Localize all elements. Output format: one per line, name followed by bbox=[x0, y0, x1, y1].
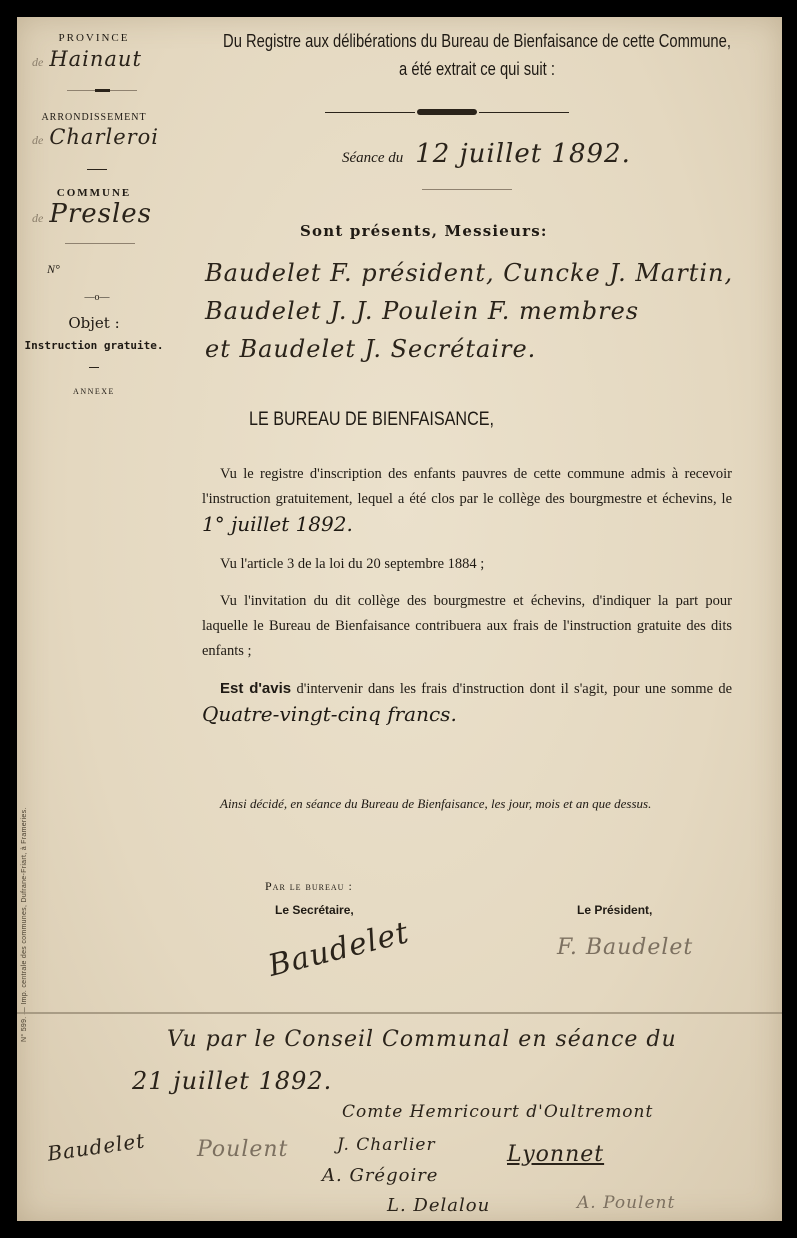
council-signature: L. Delalou bbox=[387, 1195, 490, 1216]
presents-line-3: et Baudelet J. Secrétaire. bbox=[205, 335, 536, 363]
seance-line: Séance du 12 juillet 1892. bbox=[342, 139, 631, 169]
council-line-1: Vu par le Conseil Communal en séance du bbox=[167, 1027, 677, 1052]
commune-field: dePresles bbox=[32, 199, 152, 229]
secretaire-signature: Baudelet bbox=[265, 915, 413, 984]
fold-line bbox=[17, 1012, 782, 1014]
presents-line-1: Baudelet F. président, Cuncke J. Martin, bbox=[205, 259, 733, 287]
closing-date: 1° juillet 1892. bbox=[202, 512, 353, 536]
council-signature: A. Poulent bbox=[577, 1193, 675, 1213]
divider bbox=[65, 243, 135, 244]
objet-value: Instruction gratuite. bbox=[19, 339, 169, 352]
number-separator: —o— bbox=[77, 292, 117, 303]
paragraph-invitation: Vu l'invitation du dit collège des bourg… bbox=[202, 589, 732, 664]
printer-imprint: N° 599. — Imp. centrale des communes, Du… bbox=[21, 722, 28, 1042]
president-signature: F. Baudelet bbox=[557, 935, 693, 960]
province-field: deHainaut bbox=[32, 47, 142, 71]
council-line-2: 21 juillet 1892. bbox=[132, 1067, 332, 1095]
secretaire-label: Le Secrétaire, bbox=[275, 903, 354, 917]
number-label: N° bbox=[47, 262, 60, 277]
header-line-1: Du Registre aux délibérations du Bureau … bbox=[223, 31, 731, 52]
amount: Quatre-vingt-cinq francs. bbox=[202, 702, 457, 726]
council-signature: Poulent bbox=[197, 1137, 288, 1162]
avis-lead: Est d'avis bbox=[220, 680, 291, 697]
body-title: LE BUREAU DE BIENFAISANCE, bbox=[249, 409, 494, 431]
arrondissement-label: ARRONDISSEMENT bbox=[19, 112, 169, 123]
commune-label: COMMUNE bbox=[19, 187, 169, 199]
avis-text: d'intervenir dans les frais d'instructio… bbox=[296, 681, 732, 697]
body-paragraphs: Vu le registre d'inscription des enfants… bbox=[202, 462, 732, 742]
header-ornament bbox=[317, 109, 577, 115]
seance-label: Séance du bbox=[342, 150, 403, 166]
presents-label: Sont présents, Messieurs: bbox=[300, 222, 548, 240]
document-page: PROVINCE deHainaut ARRONDISSEMENT deChar… bbox=[17, 17, 782, 1221]
province-label: PROVINCE bbox=[19, 32, 169, 44]
seance-date: 12 juillet 1892. bbox=[415, 139, 631, 169]
arrondissement-prefix: de bbox=[32, 133, 43, 147]
divider bbox=[422, 189, 512, 190]
arrondissement-value: Charleroi bbox=[49, 125, 159, 149]
commune-prefix: de bbox=[32, 211, 43, 225]
paragraph-avis: Est d'avis d'intervenir dans les frais d… bbox=[202, 676, 732, 730]
province-prefix: de bbox=[32, 55, 43, 69]
province-value: Hainaut bbox=[49, 47, 142, 71]
closing-statement: Ainsi décidé, en séance du Bureau de Bie… bbox=[202, 792, 732, 816]
divider-mark bbox=[95, 89, 110, 92]
council-signature: Comte Hemricourt d'Oultremont bbox=[342, 1102, 653, 1122]
annexe-label: ANNEXE bbox=[19, 387, 169, 396]
council-signature: Baudelet bbox=[46, 1128, 147, 1165]
presents-line-2: Baudelet J. J. Poulein F. membres bbox=[205, 297, 639, 325]
header-line-2: a été extrait ce qui suit : bbox=[223, 59, 731, 80]
par-le-bureau: Par le bureau : bbox=[265, 879, 353, 894]
paragraph-article: Vu l'article 3 de la loi du 20 septembre… bbox=[202, 552, 732, 577]
commune-value: Presles bbox=[49, 199, 152, 229]
council-signature: A. Grégoire bbox=[322, 1165, 438, 1186]
council-signature: J. Charlier bbox=[337, 1135, 436, 1155]
president-label: Le Président, bbox=[577, 903, 652, 917]
divider bbox=[89, 367, 99, 368]
objet-label: Objet : bbox=[19, 314, 169, 332]
council-signature: Lyonnet bbox=[507, 1142, 604, 1167]
paragraph-registre: Vu le registre d'inscription des enfants… bbox=[202, 462, 732, 540]
divider bbox=[87, 169, 107, 170]
arrondissement-field: deCharleroi bbox=[32, 125, 159, 149]
paragraph-text: Vu le registre d'inscription des enfants… bbox=[202, 466, 732, 507]
